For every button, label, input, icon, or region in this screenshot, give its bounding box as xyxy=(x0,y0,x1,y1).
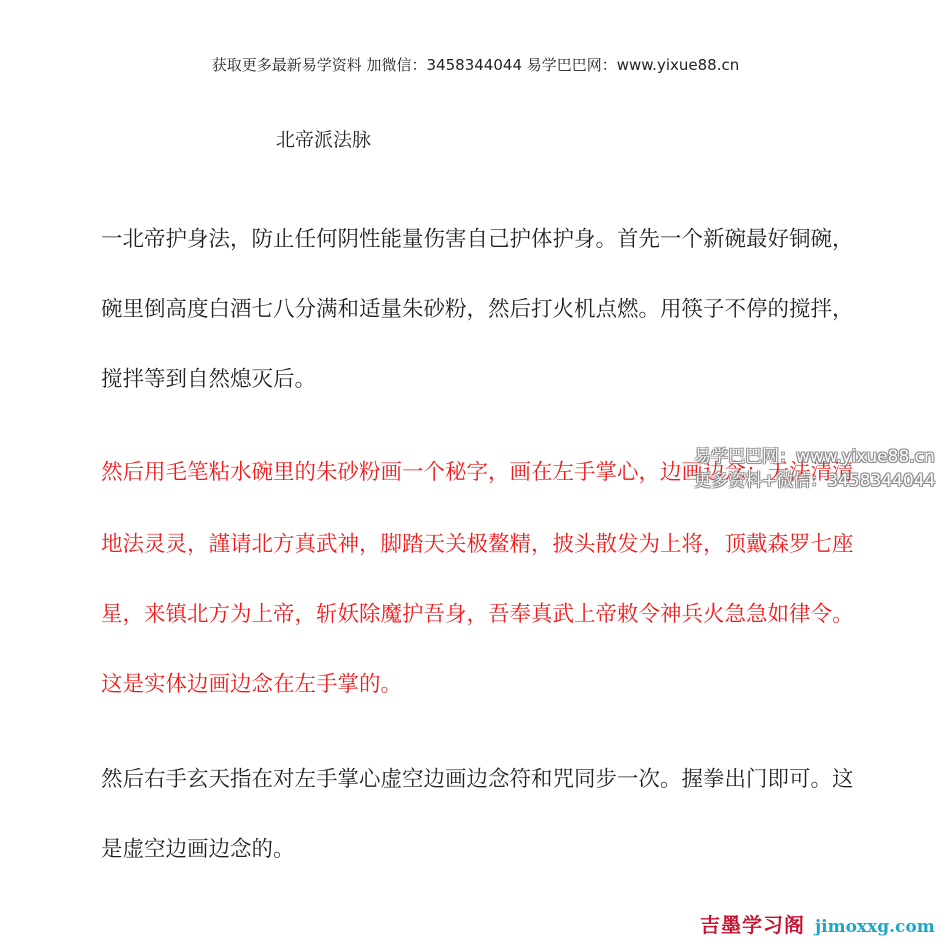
bottom-brand-watermark: 吉墨学习阁 jimoxxg.com xyxy=(700,909,935,938)
paragraph-2-line-2: 地法灵灵，謹请北方真武神，脚踏天关极鳌精，披头散发为上将，顶戴森罗七座 xyxy=(101,527,854,558)
side-watermark-line-2: 更多资料+微信：3458344044 xyxy=(694,469,935,493)
paragraph-2-line-4: 这是实体边画边念在左手掌的。 xyxy=(101,667,402,698)
paragraph-1-line-1: 一北帝护身法，防止任何阴性能量伤害自己护体护身。首先一个新碗最好铜碗， xyxy=(101,222,854,253)
side-watermark: 易学巴巴网：www.yixue88.cn 更多资料+微信：3458344044 xyxy=(694,445,935,493)
paragraph-2-line-3: 星，来镇北方为上帝，斩妖除魔护吾身，吾奉真武上帝敕令神兵火急急如律令。 xyxy=(101,597,854,628)
paragraph-1-line-3: 搅拌等到自然熄灭后。 xyxy=(101,362,316,393)
document-title: 北帝派法脉 xyxy=(276,125,371,152)
side-watermark-line-1: 易学巴巴网：www.yixue88.cn xyxy=(694,445,935,469)
paragraph-3-line-2: 是虚空边画边念的。 xyxy=(101,832,295,863)
brand-domain: jimoxxg.com xyxy=(815,917,935,937)
brand-logo-cn: 吉墨学习阁 xyxy=(700,909,805,938)
paragraph-1-line-2: 碗里倒高度白酒七八分满和适量朱砂粉，然后打火机点燃。用筷子不停的搅拌， xyxy=(101,292,854,323)
paragraph-3-line-1: 然后右手玄天指在对左手掌心虚空边画边念符和咒同步一次。握拳出门即可。这 xyxy=(101,762,854,793)
promo-header: 获取更多最新易学资料 加微信：3458344044 易学巴巴网：www.yixu… xyxy=(0,54,951,75)
